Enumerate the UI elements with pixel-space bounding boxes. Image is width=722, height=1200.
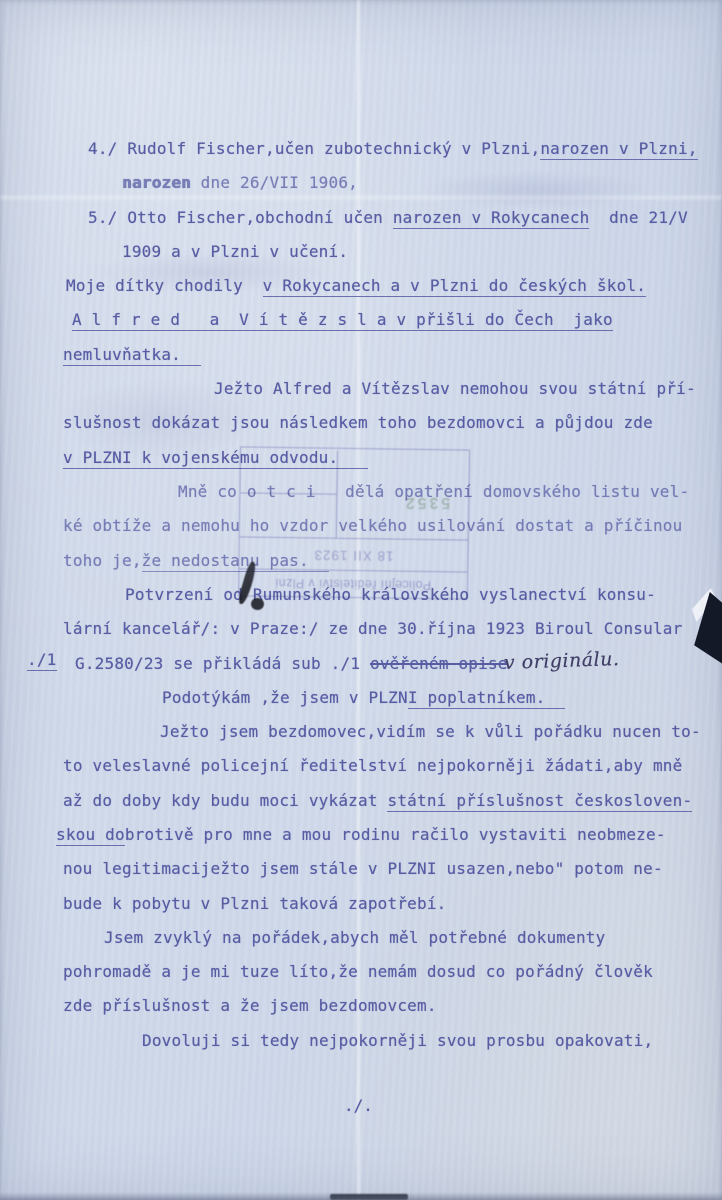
- document-line: A l f r e d a V í t ě z s l a v přišli d…: [0, 305, 722, 339]
- handwritten-correction: v originálu.: [503, 644, 620, 678]
- document-line: až do doby kdy budu moci vykázat státní …: [0, 786, 722, 820]
- scanned-document-page: { "page": { "paper_color": "#ccd6e8", "i…: [0, 0, 722, 1200]
- document-line: G.2580/23 se přikládá sub ./1 ověřeném o…: [0, 648, 722, 682]
- document-line: narozen dne 26/VII 1906,: [0, 168, 722, 202]
- document-line: nou legitimaciježto jsem stále v PLZNI u…: [0, 854, 722, 888]
- document-line: Dovoluji si tedy nejpokorněji svou prosb…: [0, 1026, 722, 1060]
- document-lines: 4./ Rudolf Fischer,učen zubotechnický v …: [0, 134, 722, 1060]
- document-line: 5./ Otto Fischer,obchodní učen narozen v…: [0, 203, 722, 237]
- page-continuation-mark: ./.: [344, 1096, 373, 1115]
- document-line: Ježto Alfred a Vítězslav nemohou svou st…: [0, 374, 722, 408]
- document-line: pohromadě a je mi tuze líto,že nemám dos…: [0, 957, 722, 991]
- document-line: zde příslušnost a že jsem bezdomovcem.: [0, 991, 722, 1025]
- document-line: Potvrzení od Rumunského královského vysl…: [0, 580, 722, 614]
- typed-text-block: ./1 4./ Rudolf Fischer,učen zubotechnick…: [0, 134, 722, 1060]
- document-line: bude k pobytu v Plzni taková zapotřebí.: [0, 889, 722, 923]
- bottom-edge-smear: [330, 1194, 408, 1200]
- document-line: Jsem zvyklý na pořádek,abych měl potřebn…: [0, 923, 722, 957]
- document-line: Podotýkám ,že jsem v PLZNI poplatníkem.: [0, 683, 722, 717]
- document-line: Ježto jsem bezdomovec,vidím se k vůli po…: [0, 717, 722, 751]
- document-line: slušnost dokázat jsou následkem toho bez…: [0, 408, 722, 442]
- margin-annotation: ./1: [27, 650, 57, 669]
- document-line: nemluvňatka.: [0, 340, 722, 374]
- document-line: toho je,že nedostanu pas.: [0, 546, 722, 580]
- document-line: to veleslavné policejní ředitelství nejp…: [0, 751, 722, 785]
- document-line: Mně co o t c i dělá opatření domovského …: [0, 477, 722, 511]
- ink-blot-artifact: [251, 598, 264, 610]
- document-line: ké obtíže a nemohu ho vzdor velkého usil…: [0, 511, 722, 545]
- document-line: skou dobrotivě pro mne a mou rodinu rači…: [0, 820, 722, 854]
- document-line: Moje dítky chodily v Rokycanech a v Plzn…: [0, 271, 722, 305]
- document-line: v PLZNI k vojenskému odvodu.: [0, 443, 722, 477]
- document-line: 4./ Rudolf Fischer,učen zubotechnický v …: [0, 134, 722, 168]
- document-line: 1909 a v Plzni v učení.: [0, 237, 722, 271]
